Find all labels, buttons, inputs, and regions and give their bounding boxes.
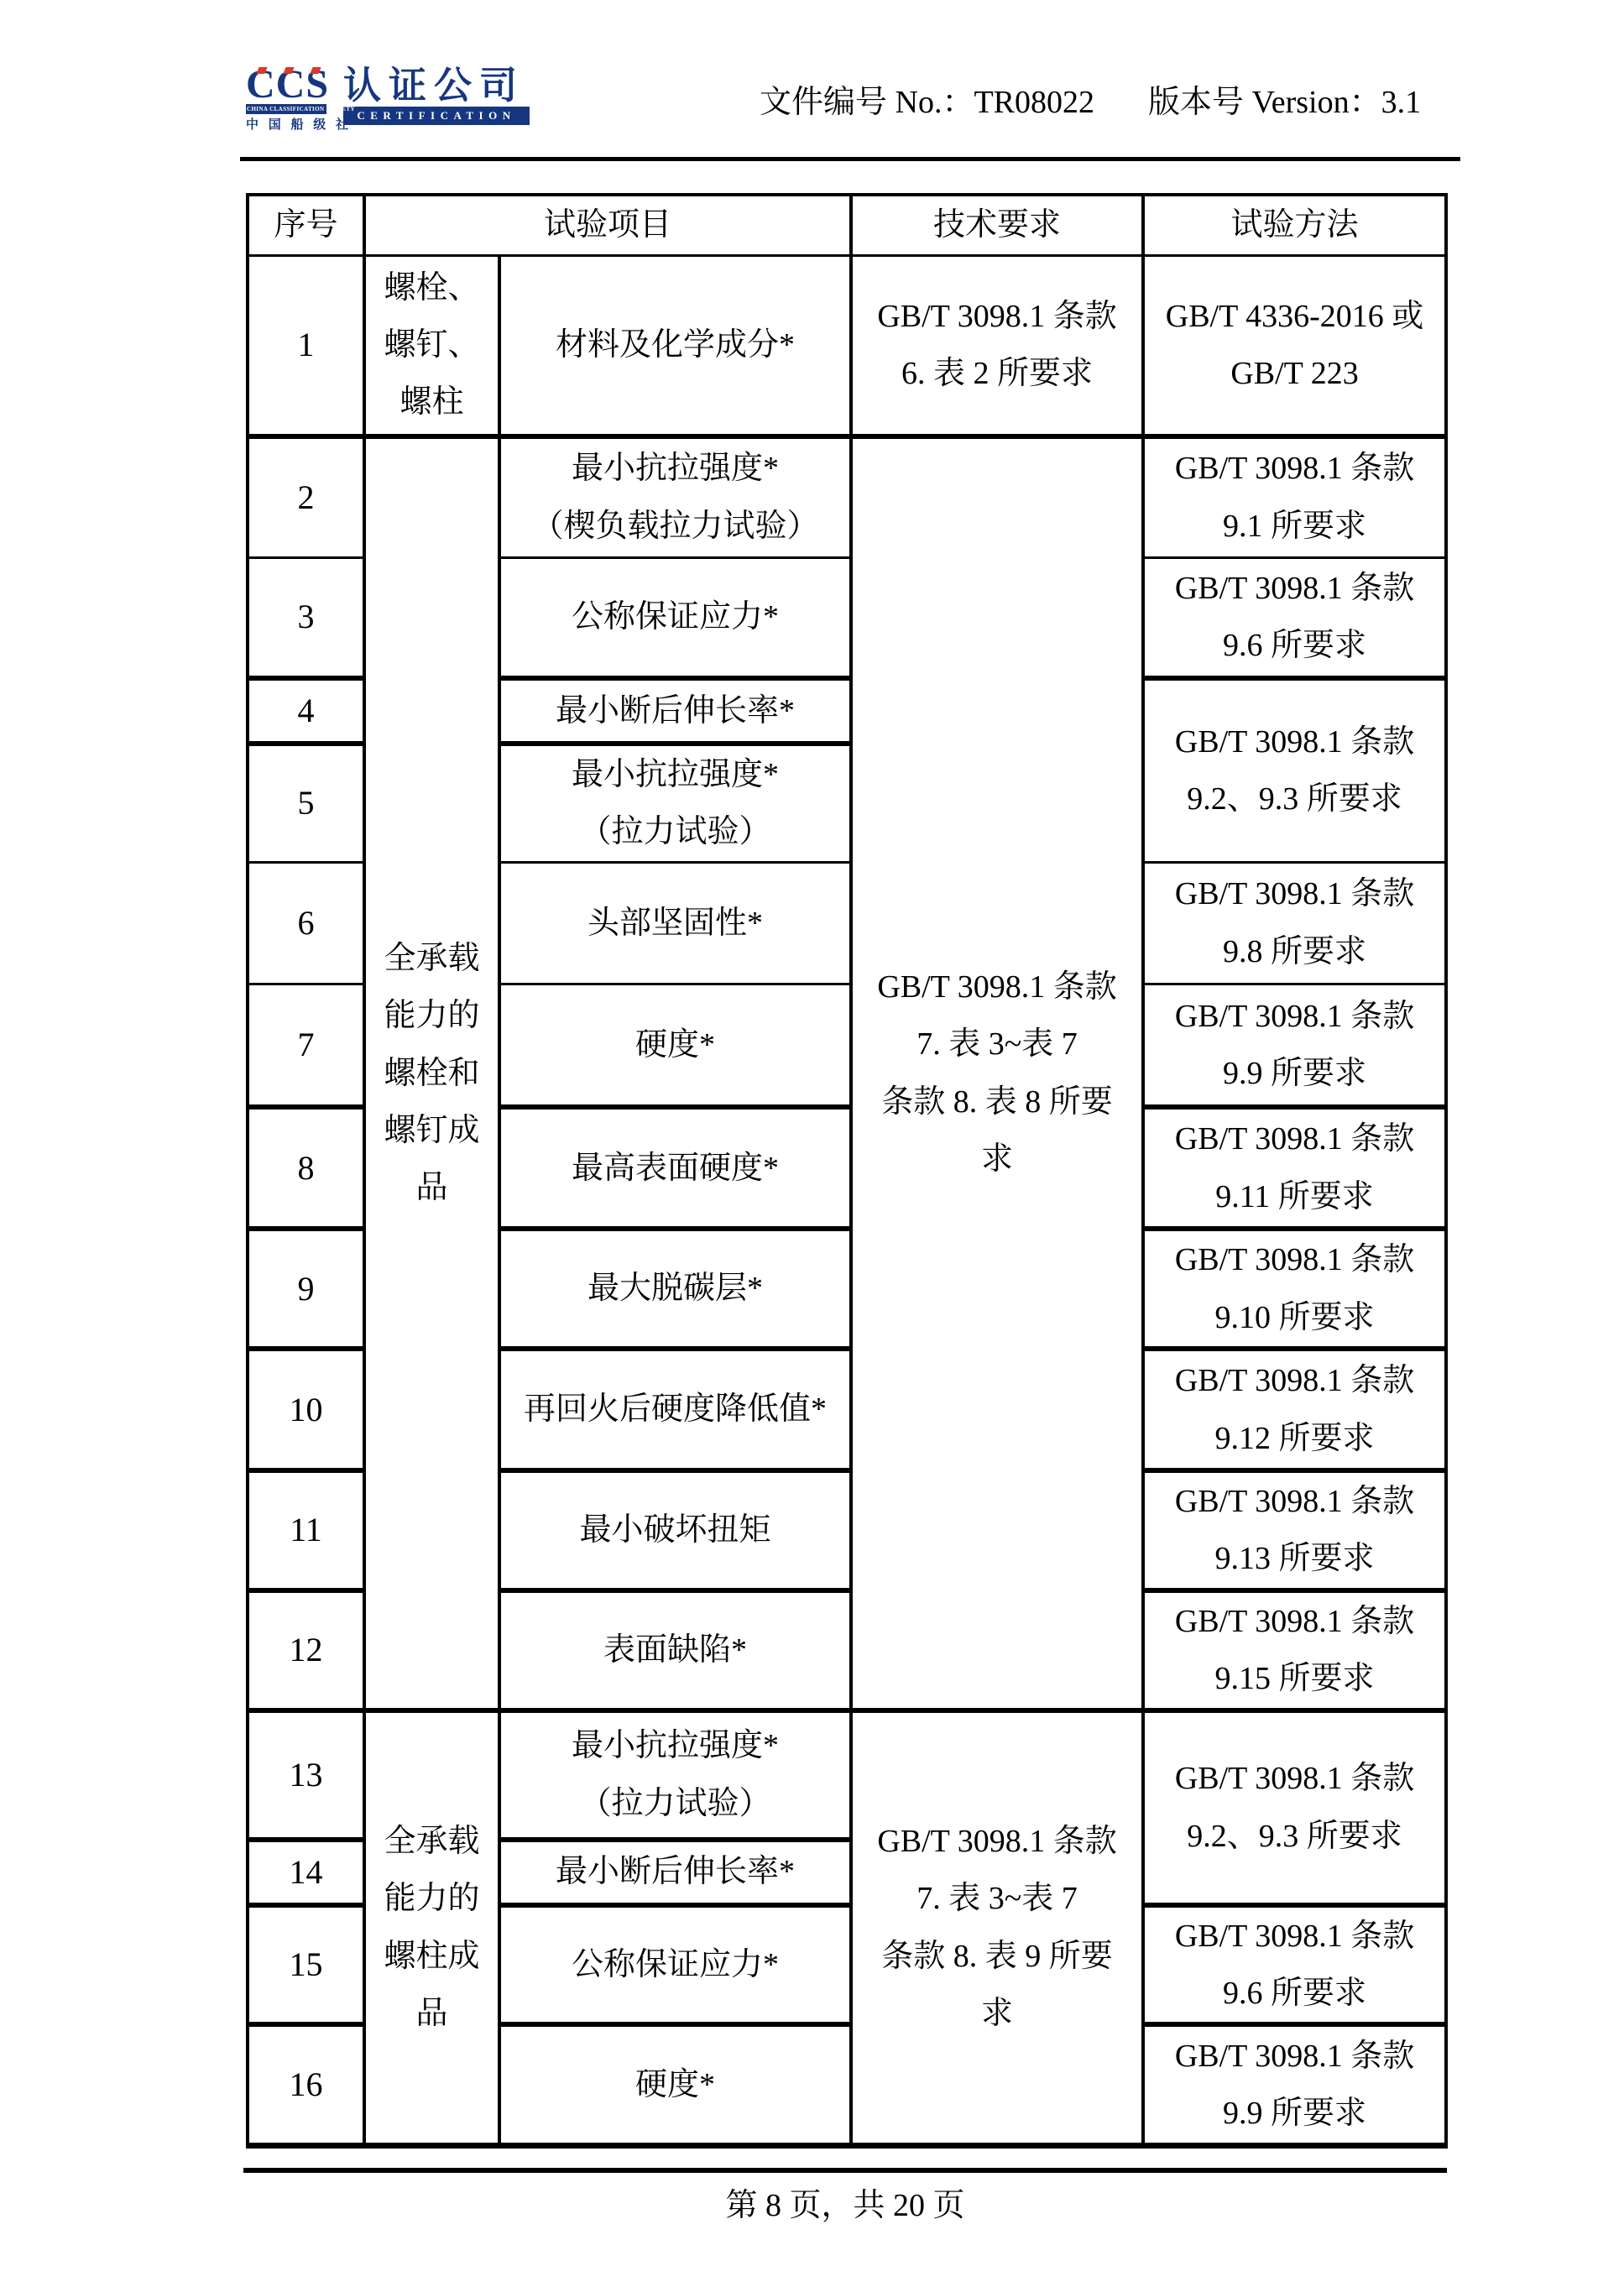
row-method: GB/T 3098.1 条款 9.9 所要求	[1143, 984, 1446, 1107]
table-row: 13 全承载 能力的 螺柱成 品 最小抗拉强度* （拉力试验） GB/T 309…	[248, 1710, 1446, 1840]
row-item: 再回火后硬度降低值*	[499, 1349, 851, 1470]
header-rule	[240, 157, 1460, 161]
certification-cn-wordmark: 认证公司	[343, 67, 530, 104]
row-item: 最小抗拉强度* （楔负载拉力试验）	[499, 436, 851, 557]
row-no: 7	[248, 984, 364, 1107]
row-method: GB/T 3098.1 条款 9.11 所要求	[1143, 1107, 1446, 1229]
row-item: 最高表面硬度*	[499, 1107, 851, 1229]
row-no: 1	[248, 255, 364, 436]
row-method: GB/T 3098.1 条款 9.6 所要求	[1143, 557, 1446, 678]
row-no: 14	[248, 1840, 364, 1905]
row-method: GB/T 4336-2016 或 GB/T 223	[1143, 255, 1446, 436]
row-no: 4	[248, 678, 364, 744]
row-method: GB/T 3098.1 条款 9.13 所要求	[1143, 1470, 1446, 1590]
row-requirement: GB/T 3098.1 条款 6. 表 2 所要求	[851, 255, 1143, 436]
row-method: GB/T 3098.1 条款 9.15 所要求	[1143, 1590, 1446, 1710]
certification-en-label: CERTIFICATION	[343, 107, 530, 125]
document-page: CCS CHINA CLASSIFICATION SOCIETY 中 国 船 级…	[0, 0, 1624, 2287]
row-item: 公称保证应力*	[499, 1905, 851, 2025]
row-no: 10	[248, 1349, 364, 1470]
row-no: 9	[248, 1229, 364, 1349]
page-number: 第 8 页，共 20 页	[246, 2179, 1444, 2225]
document-info: 文件编号 No.：TR08022 版本号 Version：3.1	[760, 76, 1481, 122]
header-logo: CCS CHINA CLASSIFICATION SOCIETY 中 国 船 级…	[246, 67, 530, 133]
test-items-table: 序号 试验项目 技术要求 试验方法 1 螺栓、 螺钉、 螺柱 材料及化学成分* …	[246, 193, 1448, 2149]
row-no: 8	[248, 1107, 364, 1229]
row-no: 13	[248, 1710, 364, 1840]
row-item: 公称保证应力*	[499, 557, 851, 678]
row-method: GB/T 3098.1 条款 9.9 所要求	[1143, 2024, 1446, 2145]
row-no: 16	[248, 2024, 364, 2145]
version-number: 版本号 Version：3.1	[1148, 76, 1421, 122]
row-item: 材料及化学成分*	[499, 255, 851, 436]
col-header-no: 序号	[248, 195, 364, 255]
row-no: 6	[248, 862, 364, 984]
row-requirement: GB/T 3098.1 条款 7. 表 3~表 7 条款 8. 表 8 所要 求	[851, 436, 1143, 1710]
row-item: 硬度*	[499, 984, 851, 1107]
row-method: GB/T 3098.1 条款 9.12 所要求	[1143, 1349, 1446, 1470]
row-item: 最小破坏扭矩	[499, 1470, 851, 1590]
row-no: 15	[248, 1905, 364, 2025]
row-no: 2	[248, 436, 364, 557]
society-cn-label: 中 国 船 级 社	[246, 115, 330, 133]
row-method: GB/T 3098.1 条款 9.1 所要求	[1143, 436, 1446, 557]
row-item: 头部坚固性*	[499, 862, 851, 984]
row-method: GB/T 3098.1 条款 9.2、9.3 所要求	[1143, 678, 1446, 862]
col-header-item: 试验项目	[364, 195, 851, 255]
row-item: 最小抗拉强度* （拉力试验）	[499, 744, 851, 862]
table-row: 2 全承载 能力的 螺栓和 螺钉成 品 最小抗拉强度* （楔负载拉力试验） GB…	[248, 436, 1446, 557]
row-method: GB/T 3098.1 条款 9.6 所要求	[1143, 1905, 1446, 2025]
row-method: GB/T 3098.1 条款 9.8 所要求	[1143, 862, 1446, 984]
row-no: 3	[248, 557, 364, 678]
row-no: 5	[248, 744, 364, 862]
ccs-logo-right: 认证公司 CERTIFICATION	[343, 67, 530, 125]
row-item: 最小断后伸长率*	[499, 1840, 851, 1905]
col-header-requirement: 技术要求	[851, 195, 1143, 255]
row-category: 全承载 能力的 螺柱成 品	[364, 1710, 499, 2146]
row-item: 硬度*	[499, 2024, 851, 2145]
row-item: 最小抗拉强度* （拉力试验）	[499, 1710, 851, 1840]
society-en-label: CHINA CLASSIFICATION SOCIETY	[246, 104, 326, 114]
row-item: 最小断后伸长率*	[499, 678, 851, 744]
col-header-method: 试验方法	[1143, 195, 1446, 255]
row-category: 螺栓、 螺钉、 螺柱	[364, 255, 499, 436]
doc-number: 文件编号 No.：TR08022	[760, 76, 1094, 122]
row-no: 12	[248, 1590, 364, 1710]
table-row: 1 螺栓、 螺钉、 螺柱 材料及化学成分* GB/T 3098.1 条款 6. …	[248, 255, 1446, 436]
row-method: GB/T 3098.1 条款 9.2、9.3 所要求	[1143, 1710, 1446, 1905]
row-method: GB/T 3098.1 条款 9.10 所要求	[1143, 1229, 1446, 1349]
row-requirement: GB/T 3098.1 条款 7. 表 3~表 7 条款 8. 表 9 所要 求	[851, 1710, 1143, 2146]
row-item: 表面缺陷*	[499, 1590, 851, 1710]
table-header-row: 序号 试验项目 技术要求 试验方法	[248, 195, 1446, 255]
row-item: 最大脱碳层*	[499, 1229, 851, 1349]
footer-rule	[243, 2168, 1447, 2173]
row-no: 11	[248, 1470, 364, 1590]
ccs-logo-left: CCS CHINA CLASSIFICATION SOCIETY 中 国 船 级…	[246, 67, 330, 133]
row-category: 全承载 能力的 螺栓和 螺钉成 品	[364, 436, 499, 1710]
